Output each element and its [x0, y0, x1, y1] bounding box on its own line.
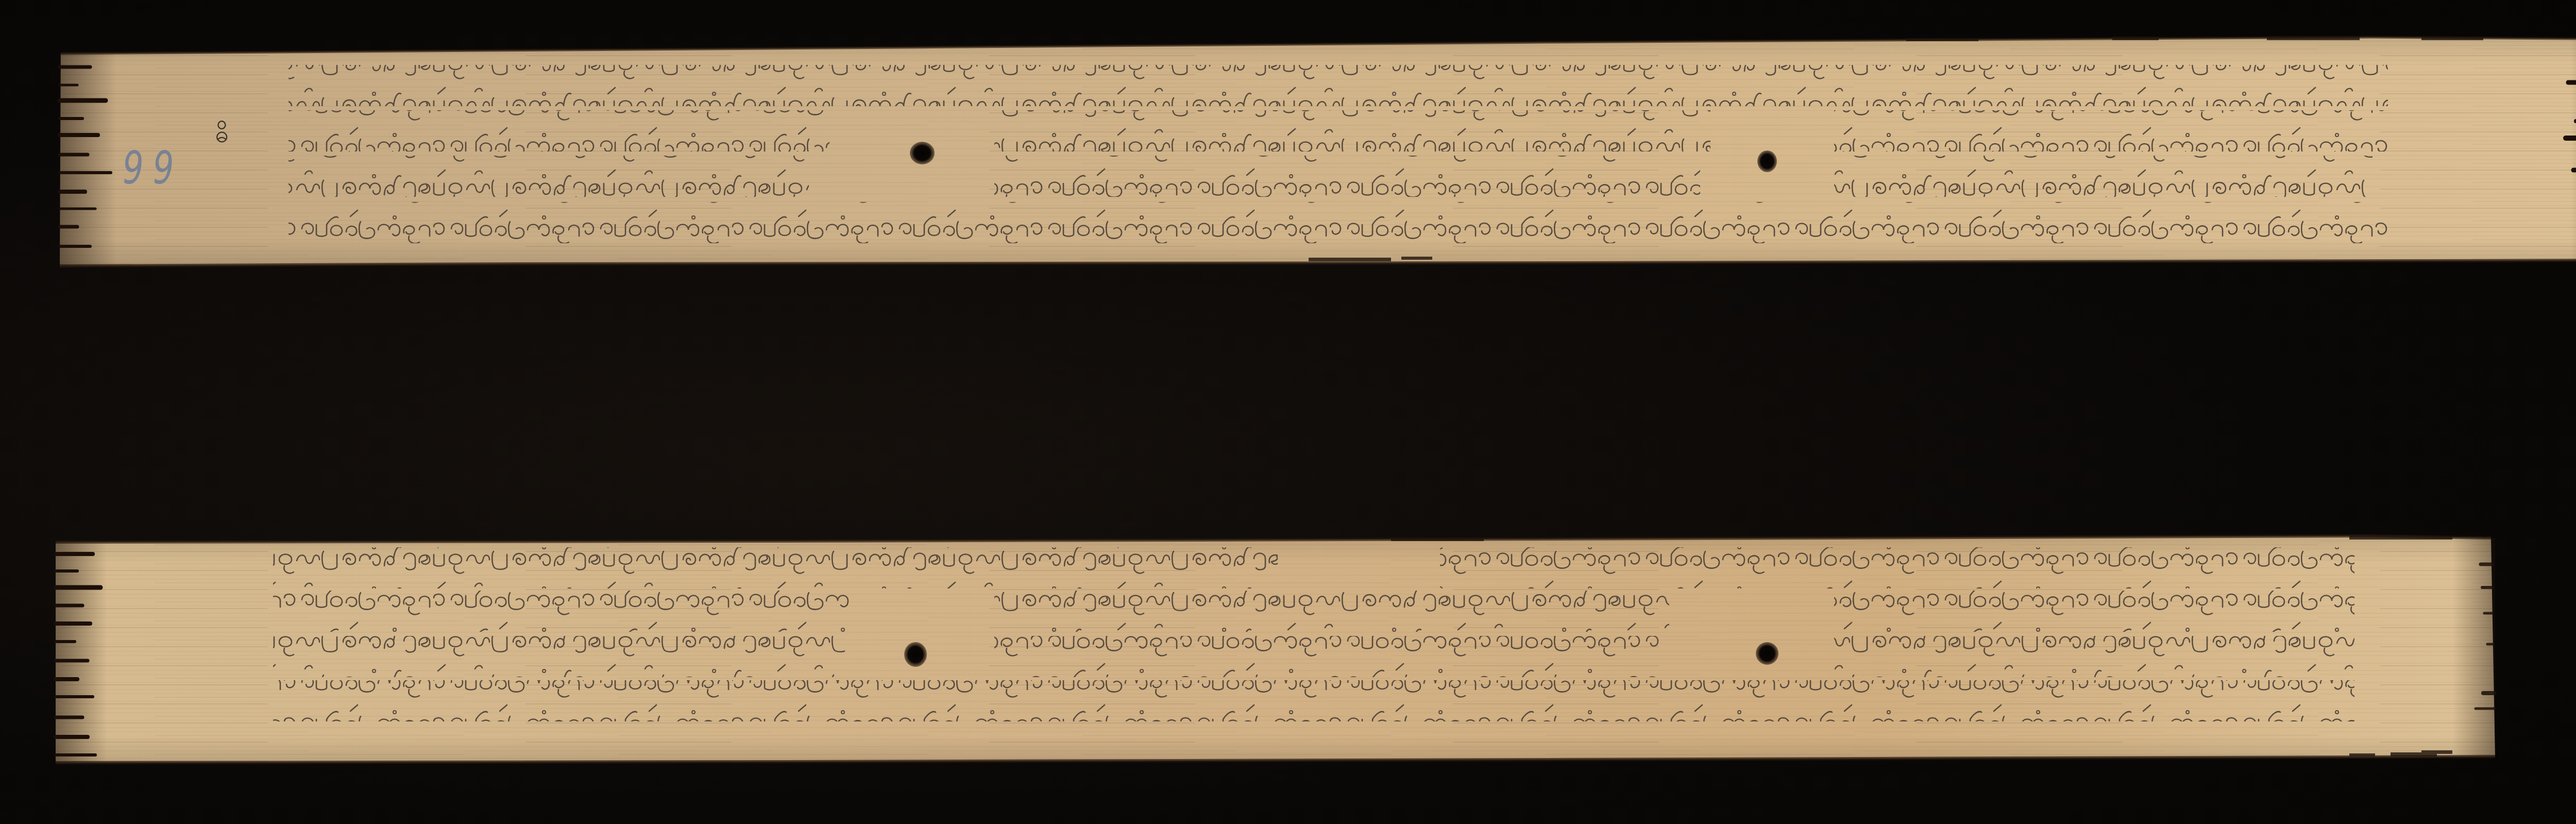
text-line-segment: ဝဂ္ဂိဟီဗိဘ္ဗုဝေဟ္ဂုဂ်ဗ်ေဝါဗ္ဗဝါ ဂ္ဂုဝ ဗိ…	[273, 641, 845, 672]
text-line-segment: ဗုဂ္ဂုံဟီဗ္ဗါဝ်ဗ္ဗုဝ်ေ ဝဂ္ဂိ ဗဝဂ္ဂုဗ္ဗ်ွ…	[994, 641, 1659, 672]
palm-leaf-bottom: ဗြုဝဂုလ်ဘြိဂ္ဂ ဂ္ဂဘ္ဘုဝဗ္ဗုဒ္ဒ ဘွိဒ္ဓိ ဗ…	[0, 0, 2576, 824]
text-line: ဗိဝ်ဟုဝိ ဆုဂရိ ဗျုဝေဝ ဂုဂ္ဂုဗ္ဗ်ွ ဗြိဗ္ဗ…	[273, 685, 2354, 716]
leaf-bottom-text: ဗြုဝဂုလ်ဘြိဂ္ဂ ဂ္ဂဘ္ဘုဝဗ္ဗုဒ္ဒ ဘွိဒ္ဓိ ဗ…	[0, 0, 2576, 824]
text-line-segment: ဗုဝ်ဂ္ဂုဝဂါဝ် ဗိဂ္ဂ်ေဗ္ဗ ဝဂိဗုဂ္ဂိ ဝဟဝ်ဂ…	[1834, 596, 2354, 627]
text-line-segment: ဂ္ဂိဘ္ဗ္ဗိ ပါတဝိပ္ဗ္ဗုဒ္ဒဝိ ဂဝ် ဘွ်ဂ္ဂ်ေ…	[1440, 552, 2354, 583]
text-line-segment: ဂုဒ္ဂိဟဝါဒ္ဒ်ေဂုဒ္ဗုဝိဘွတဆဂဝဒ်ိဝ ဗ်ွိဒ္ဓ…	[273, 596, 850, 627]
text-line-segment: ဗြုဝဂုလ်ဘြိဂ္ဂ ဂ္ဂဘ္ဘုဝဗ္ဗုဒ္ဒ ဘွိဒ္ဓိ ဗ…	[273, 552, 1278, 583]
text-line-segment: ဂိဗ္ဗါပဝိ ဂ္ဂုဝဂ္ဂုဝ်ေ ဂ္ဂုဝ ဗုဝဂ္ဂုဝ် ဗ…	[994, 596, 1669, 627]
text-line-segment: ဗ္ဗုဝဂုဂ္ဂ ဗွဘ္ဘဝဗ္ဗ် ဝေဂ္ဂိ ဗ္ဗုဂ္ဂိ ဗ်…	[1834, 641, 2354, 672]
